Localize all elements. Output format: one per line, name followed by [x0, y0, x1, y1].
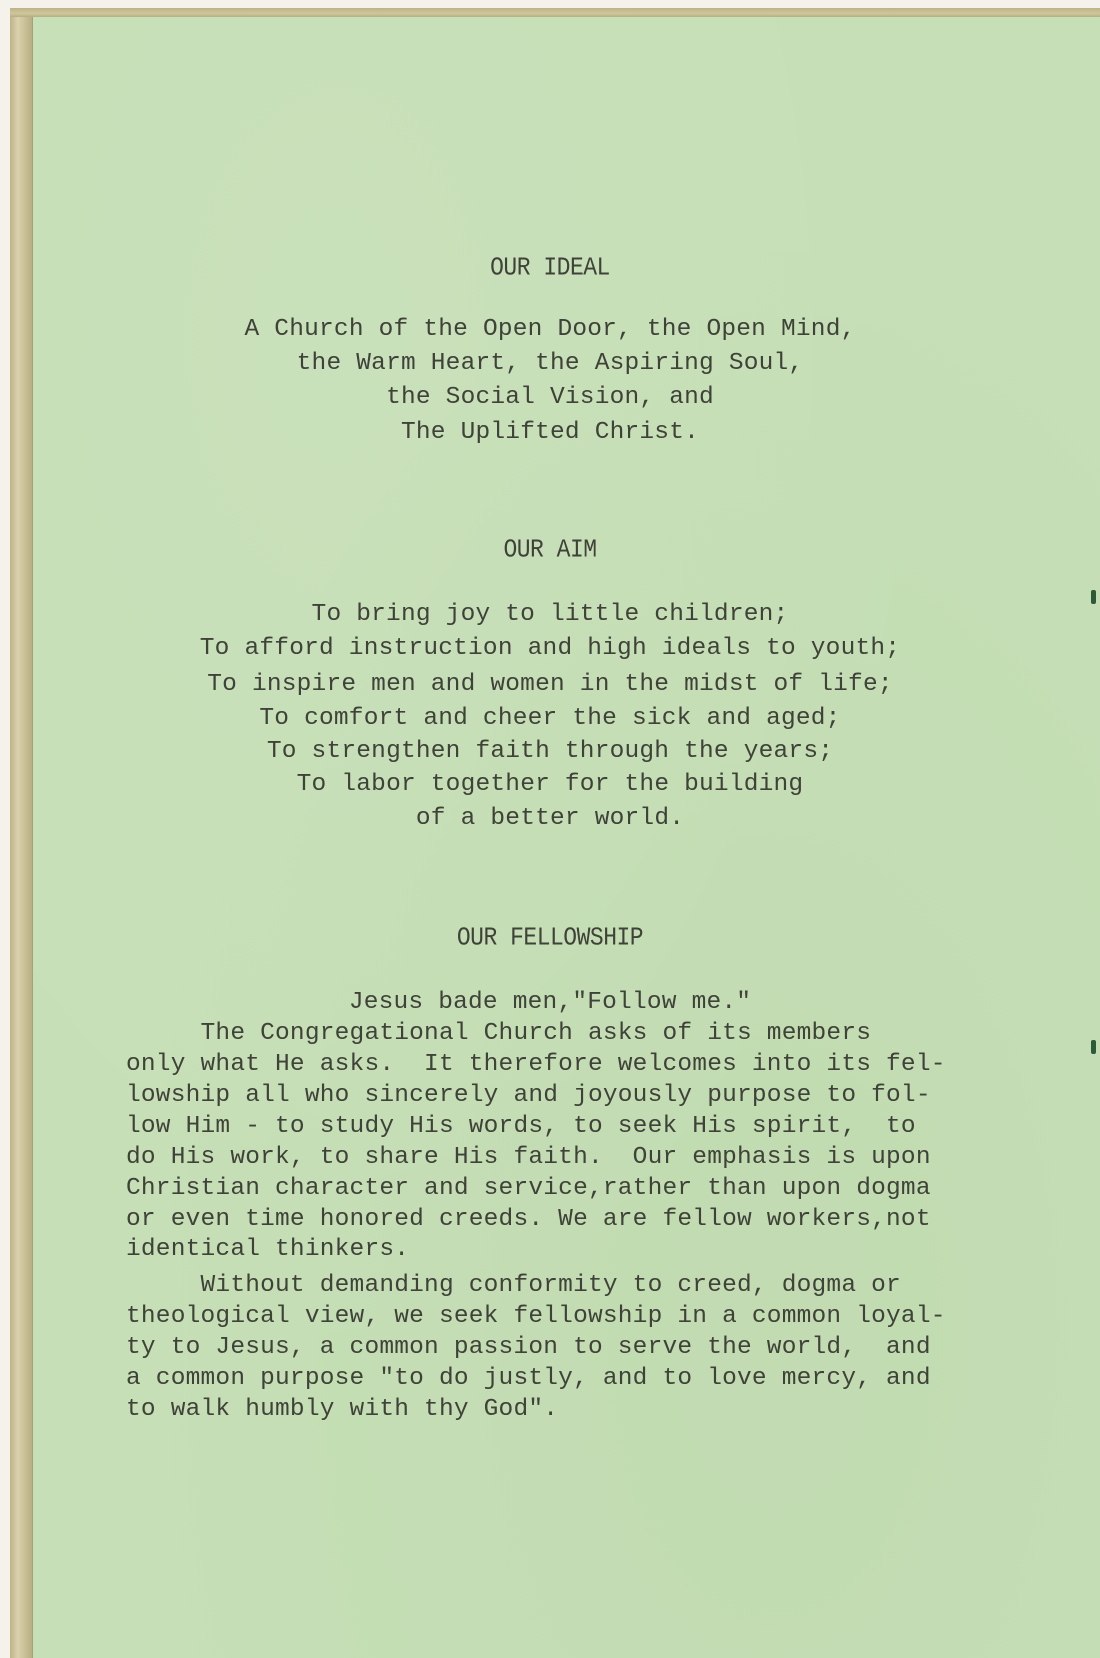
aim-line: To bring joy to little children;: [0, 598, 1100, 632]
fellowship-p2-line: to walk humbly with thy God".: [126, 1394, 1026, 1425]
fellowship-p1-line: lowship all who sincerely and joyously p…: [126, 1080, 1026, 1111]
fellowship-p1-line: The Congregational Church asks of its me…: [126, 1018, 1026, 1049]
fellowship-p1-line: or even time honored creeds. We are fell…: [126, 1204, 1026, 1235]
fellowship-p2-line: Without demanding conformity to creed, d…: [126, 1270, 1026, 1301]
aim-line: To strengthen faith through the years;: [0, 735, 1100, 769]
edge-mark: [1091, 1040, 1096, 1054]
ideal-line: the Warm Heart, the Aspiring Soul,: [0, 347, 1100, 381]
fellowship-p2-line: theological view, we seek fellowship in …: [126, 1301, 1026, 1332]
ideal-line: The Uplifted Christ.: [0, 416, 1100, 450]
heading-our-aim: OUR AIM: [0, 535, 1100, 564]
tape-strip-top: [10, 8, 1100, 17]
aim-line: To afford instruction and high ideals to…: [0, 632, 1100, 666]
aim-line: To comfort and cheer the sick and aged;: [0, 702, 1100, 736]
heading-our-ideal: OUR IDEAL: [0, 253, 1100, 282]
fellowship-p1-line: low Him - to study His words, to seek Hi…: [126, 1111, 1026, 1142]
fellowship-p2-line: a common purpose "to do justly, and to l…: [126, 1363, 1026, 1394]
fellowship-p1-line: identical thinkers.: [126, 1234, 1026, 1265]
aim-line: of a better world.: [0, 802, 1100, 836]
fellowship-p1-line: Christian character and service,rather t…: [126, 1173, 1026, 1204]
edge-mark: [1091, 590, 1096, 604]
fellowship-intro: Jesus bade men,"Follow me.": [0, 986, 1100, 1020]
heading-our-fellowship: OUR FELLOWSHIP: [0, 923, 1100, 952]
fellowship-p2-line: ty to Jesus, a common passion to serve t…: [126, 1332, 1026, 1363]
fellowship-p1-line: do His work, to share His faith. Our emp…: [126, 1142, 1026, 1173]
aim-line: To inspire men and women in the midst of…: [0, 668, 1100, 702]
ideal-line: A Church of the Open Door, the Open Mind…: [0, 313, 1100, 347]
fellowship-p1-line: only what He asks. It therefore welcomes…: [126, 1049, 1026, 1080]
aim-line: To labor together for the building: [0, 768, 1100, 802]
ideal-line: the Social Vision, and: [0, 381, 1100, 415]
